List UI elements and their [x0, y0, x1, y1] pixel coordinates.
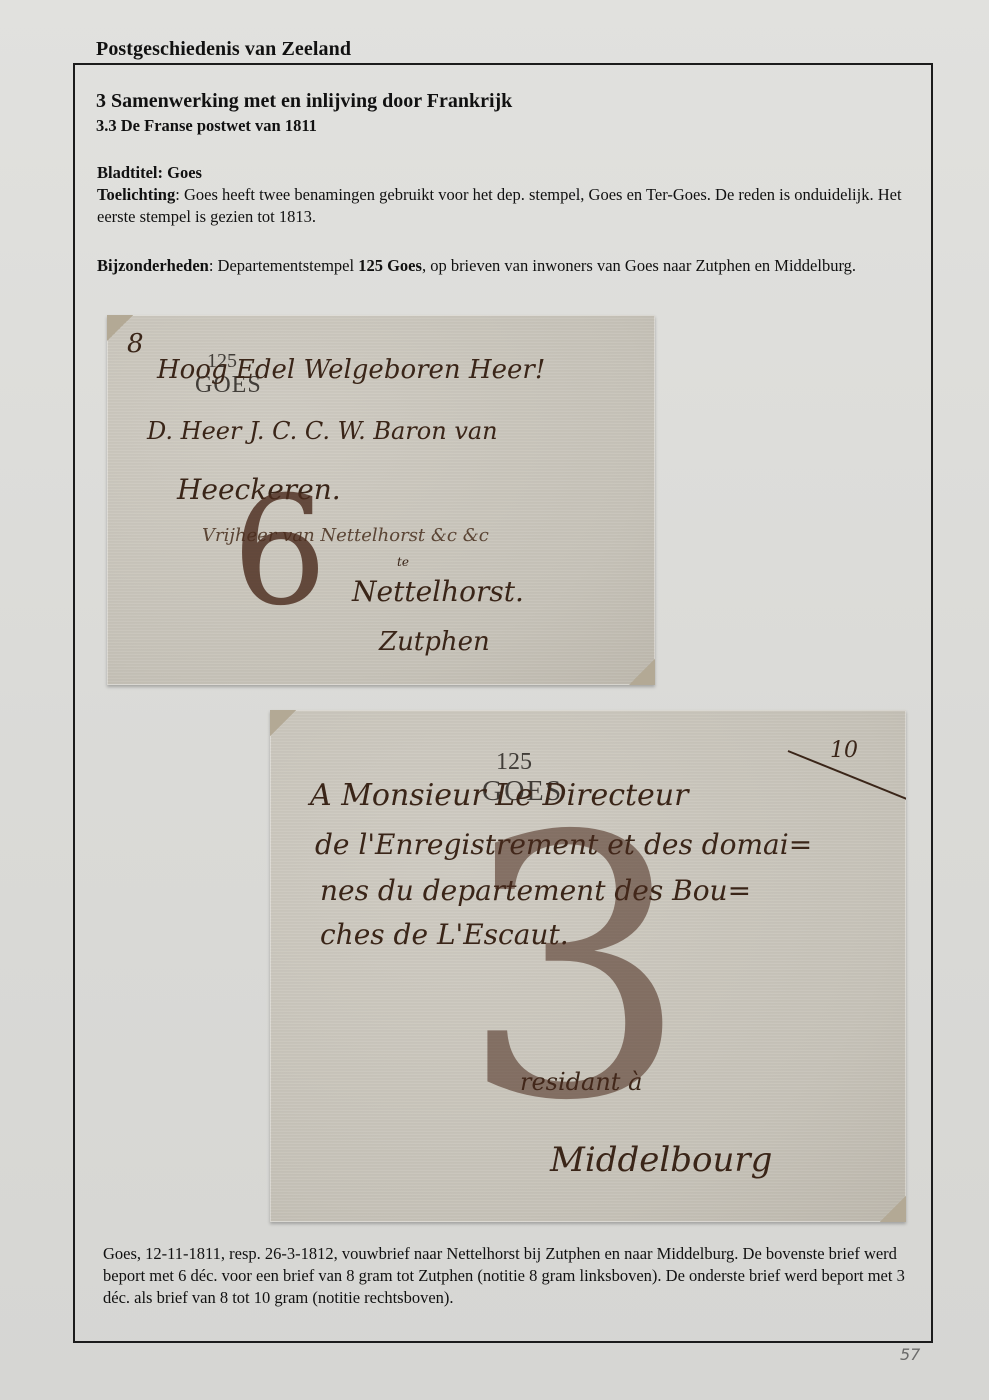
explanation-text: : Goes heeft twee benamingen gebruikt vo… [97, 185, 902, 226]
particulars-bold: 125 Goes [358, 256, 422, 275]
address-line: Zutphen [379, 627, 490, 657]
caption: Goes, 12-11-1811, resp. 26-3-1812, vouwb… [103, 1243, 929, 1309]
address-line: te [397, 555, 409, 569]
sheet-title-label: Bladtitel: [97, 163, 163, 182]
explanation-label: Toelichting [97, 185, 175, 204]
particulars-text-2: , op brieven van inwoners van Goes naar … [422, 256, 856, 275]
address-line: Hoog Edel Welgeboren Heer! [157, 355, 545, 385]
address-line: Nettelhorst. [352, 575, 524, 608]
sheet-title-value: Goes [167, 163, 202, 182]
letter-bottom-image: 125 GOES 10 A Monsieur Le Directeur de l… [270, 710, 906, 1222]
particulars-text-1: : Departementstempel [209, 256, 358, 275]
weight-note: 8 [127, 329, 144, 359]
particulars-paragraph: Bijzonderheden: Departementstempel 125 G… [97, 255, 927, 277]
weight-note: 10 [830, 738, 858, 763]
page-number: 57 [900, 1345, 920, 1364]
chapter-title: 3 Samenwerking met en inlijving door Fra… [96, 90, 512, 113]
sheet-title: Bladtitel: Goes [97, 162, 927, 184]
postage-due-mark: 6 [232, 465, 327, 639]
section-title: 3.3 De Franse postwet van 1811 [96, 116, 317, 136]
letter-top-image: 8 125 GOES Hoog Edel Welgeboren Heer! D.… [107, 315, 655, 685]
particulars-label: Bijzonderheden [97, 256, 209, 275]
address-line: D. Heer J. C. C. W. Baron van [147, 417, 498, 445]
postage-due-mark: 3 [460, 790, 689, 1150]
page-header: Postgeschiedenis van Zeeland [96, 38, 351, 61]
explanation-paragraph: Toelichting: Goes heeft twee benamingen … [97, 184, 927, 228]
